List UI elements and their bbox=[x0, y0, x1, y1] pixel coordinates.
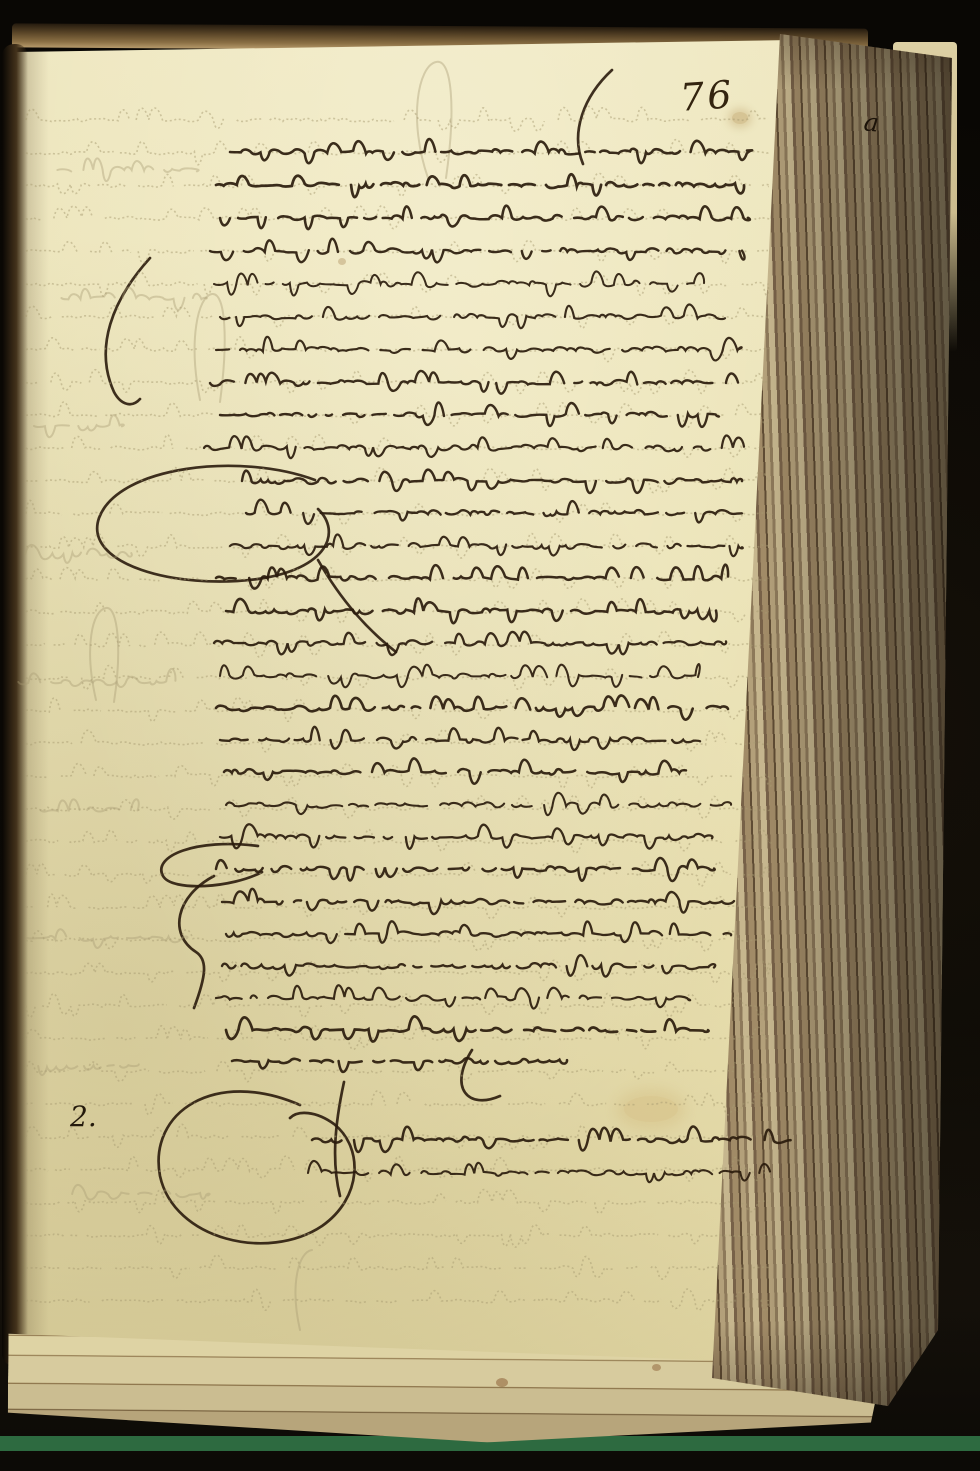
page-left-gutter-shadow bbox=[2, 44, 28, 1366]
margin-paragraph-number: 2. bbox=[70, 1100, 97, 1133]
paper-stain bbox=[624, 1096, 678, 1122]
paper-stain bbox=[652, 1364, 661, 1371]
folio-number: 76 bbox=[679, 72, 736, 120]
paper-stain bbox=[496, 1378, 508, 1387]
manuscript-photograph: 76 2. a bbox=[0, 0, 980, 1471]
paper-stain bbox=[338, 258, 346, 265]
fore-edge-mark: a bbox=[863, 107, 881, 137]
